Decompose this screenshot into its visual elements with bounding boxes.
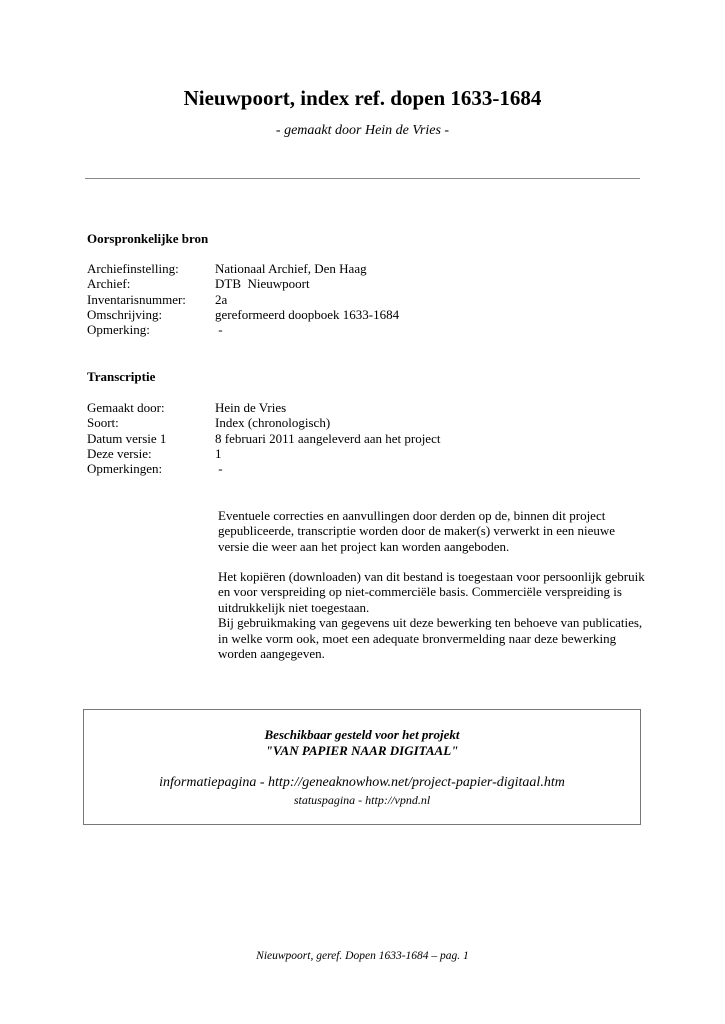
corrections-paragraph: Eventuele correcties en aanvullingen doo… xyxy=(218,508,648,554)
bron-value: - xyxy=(215,322,223,337)
transcriptie-value: 1 xyxy=(215,446,222,461)
usage-note: Het kopiëren (downloaden) van dit bestan… xyxy=(218,569,648,661)
transcriptie-row: Gemaakt door: Hein de Vries xyxy=(87,400,440,415)
bron-key: Omschrijving: xyxy=(87,307,215,322)
bron-row: Archiefinstelling: Nationaal Archief, De… xyxy=(87,261,399,276)
bron-table: Archiefinstelling: Nationaal Archief, De… xyxy=(87,261,399,337)
transcriptie-value: 8 februari 2011 aangeleverd aan het proj… xyxy=(215,431,440,446)
transcriptie-key: Deze versie: xyxy=(87,446,215,461)
bron-row: Opmerking: - xyxy=(87,322,399,337)
document-subtitle: - gemaakt door Hein de Vries - xyxy=(0,123,725,139)
corrections-note: Eventuele correcties en aanvullingen doo… xyxy=(218,508,648,554)
bron-value: DTB Nieuwpoort xyxy=(215,276,310,291)
citation-paragraph: Bij gebruikmaking van gegevens uit deze … xyxy=(218,615,648,661)
transcriptie-key: Gemaakt door: xyxy=(87,400,215,415)
bron-row: Inventarisnummer: 2a xyxy=(87,292,399,307)
transcriptie-value: Hein de Vries xyxy=(215,400,286,415)
transcriptie-value: - xyxy=(215,461,223,476)
transcriptie-row: Soort: Index (chronologisch) xyxy=(87,415,440,430)
info-page-link[interactable]: informatiepagina - http://geneaknowhow.n… xyxy=(84,775,640,791)
bron-key: Inventarisnummer: xyxy=(87,292,215,307)
bron-key: Opmerking: xyxy=(87,322,215,337)
copy-permission-paragraph: Het kopiëren (downloaden) van dit bestan… xyxy=(218,569,648,615)
transcriptie-key: Opmerkingen: xyxy=(87,461,215,476)
bron-value: Nationaal Archief, Den Haag xyxy=(215,261,367,276)
bron-key: Archiefinstelling: xyxy=(87,261,215,276)
project-box-line2: "VAN PAPIER NAAR DIGITAAL" xyxy=(84,743,640,759)
document-title: Nieuwpoort, index ref. dopen 1633-1684 xyxy=(0,86,725,111)
section-heading-transcriptie: Transcriptie xyxy=(87,369,155,385)
status-page-link[interactable]: statuspagina - http://vpnd.nl xyxy=(84,793,640,808)
transcriptie-key: Soort: xyxy=(87,415,215,430)
bron-value: gereformeerd doopboek 1633-1684 xyxy=(215,307,399,322)
bron-key: Archief: xyxy=(87,276,215,291)
transcriptie-row: Deze versie: 1 xyxy=(87,446,440,461)
bron-row: Archief: DTB Nieuwpoort xyxy=(87,276,399,291)
transcriptie-table: Gemaakt door: Hein de Vries Soort: Index… xyxy=(87,400,440,476)
project-box-line1: Beschikbaar gesteld voor het projekt xyxy=(84,727,640,743)
project-box: Beschikbaar gesteld voor het projekt "VA… xyxy=(83,709,641,825)
transcriptie-value: Index (chronologisch) xyxy=(215,415,330,430)
section-heading-bron: Oorspronkelijke bron xyxy=(87,231,208,247)
page-footer: Nieuwpoort, geref. Dopen 1633-1684 – pag… xyxy=(0,950,725,962)
transcriptie-row: Opmerkingen: - xyxy=(87,461,440,476)
bron-value: 2a xyxy=(215,292,227,307)
transcriptie-key: Datum versie 1 xyxy=(87,431,215,446)
bron-row: Omschrijving: gereformeerd doopboek 1633… xyxy=(87,307,399,322)
transcriptie-row: Datum versie 1 8 februari 2011 aangeleve… xyxy=(87,431,440,446)
horizontal-rule xyxy=(85,178,640,179)
